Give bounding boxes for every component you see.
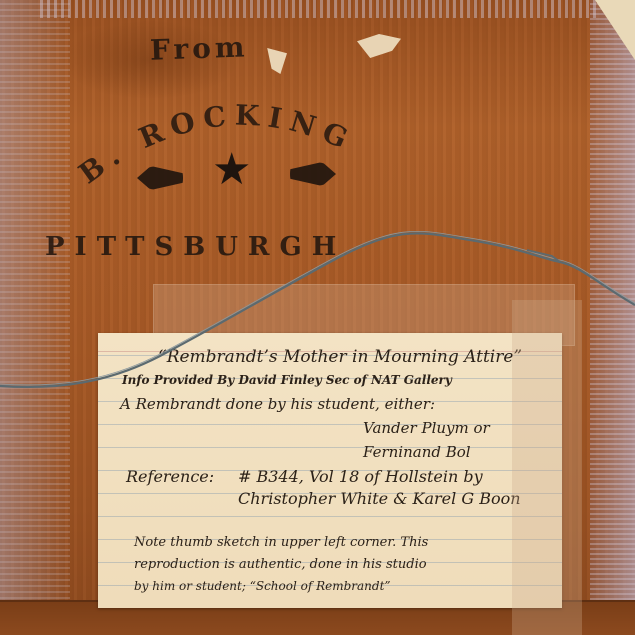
card-reference-line-2: Christopher White & Karel G Boon <box>238 489 521 508</box>
card-note-line-3: by him or student; “School of Rembrandt” <box>134 579 391 593</box>
card-artist-option-1: Vander Pluym or <box>363 419 490 437</box>
card-reference-label: Reference: <box>126 467 214 486</box>
worn-paint-top <box>40 0 600 18</box>
card-note-line-2: reproduction is authentic, done in his s… <box>134 557 427 572</box>
card-title: “Rembrandt’s Mother in Mourning Attire” <box>158 347 522 367</box>
card-artist-option-2: Ferninand Bol <box>363 443 471 461</box>
card-note-line-1: Note thumb sketch in upper left corner. … <box>134 535 428 550</box>
star-icon: ★ <box>212 148 251 192</box>
card-attribution: A Rembrandt done by his student, either: <box>120 395 435 413</box>
card-reference-line-1: # B344, Vol 18 of Hollstein by <box>238 467 483 486</box>
stencil-city: PITTSBURGH <box>45 232 346 262</box>
stencil-from: From <box>149 30 249 66</box>
index-card: “Rembrandt’s Mother in Mourning Attire” … <box>98 333 562 608</box>
worn-paint-right <box>590 0 635 635</box>
card-source-note: Info Provided By David Finley Sec of NAT… <box>122 373 452 387</box>
tape-strip-right <box>512 300 582 635</box>
